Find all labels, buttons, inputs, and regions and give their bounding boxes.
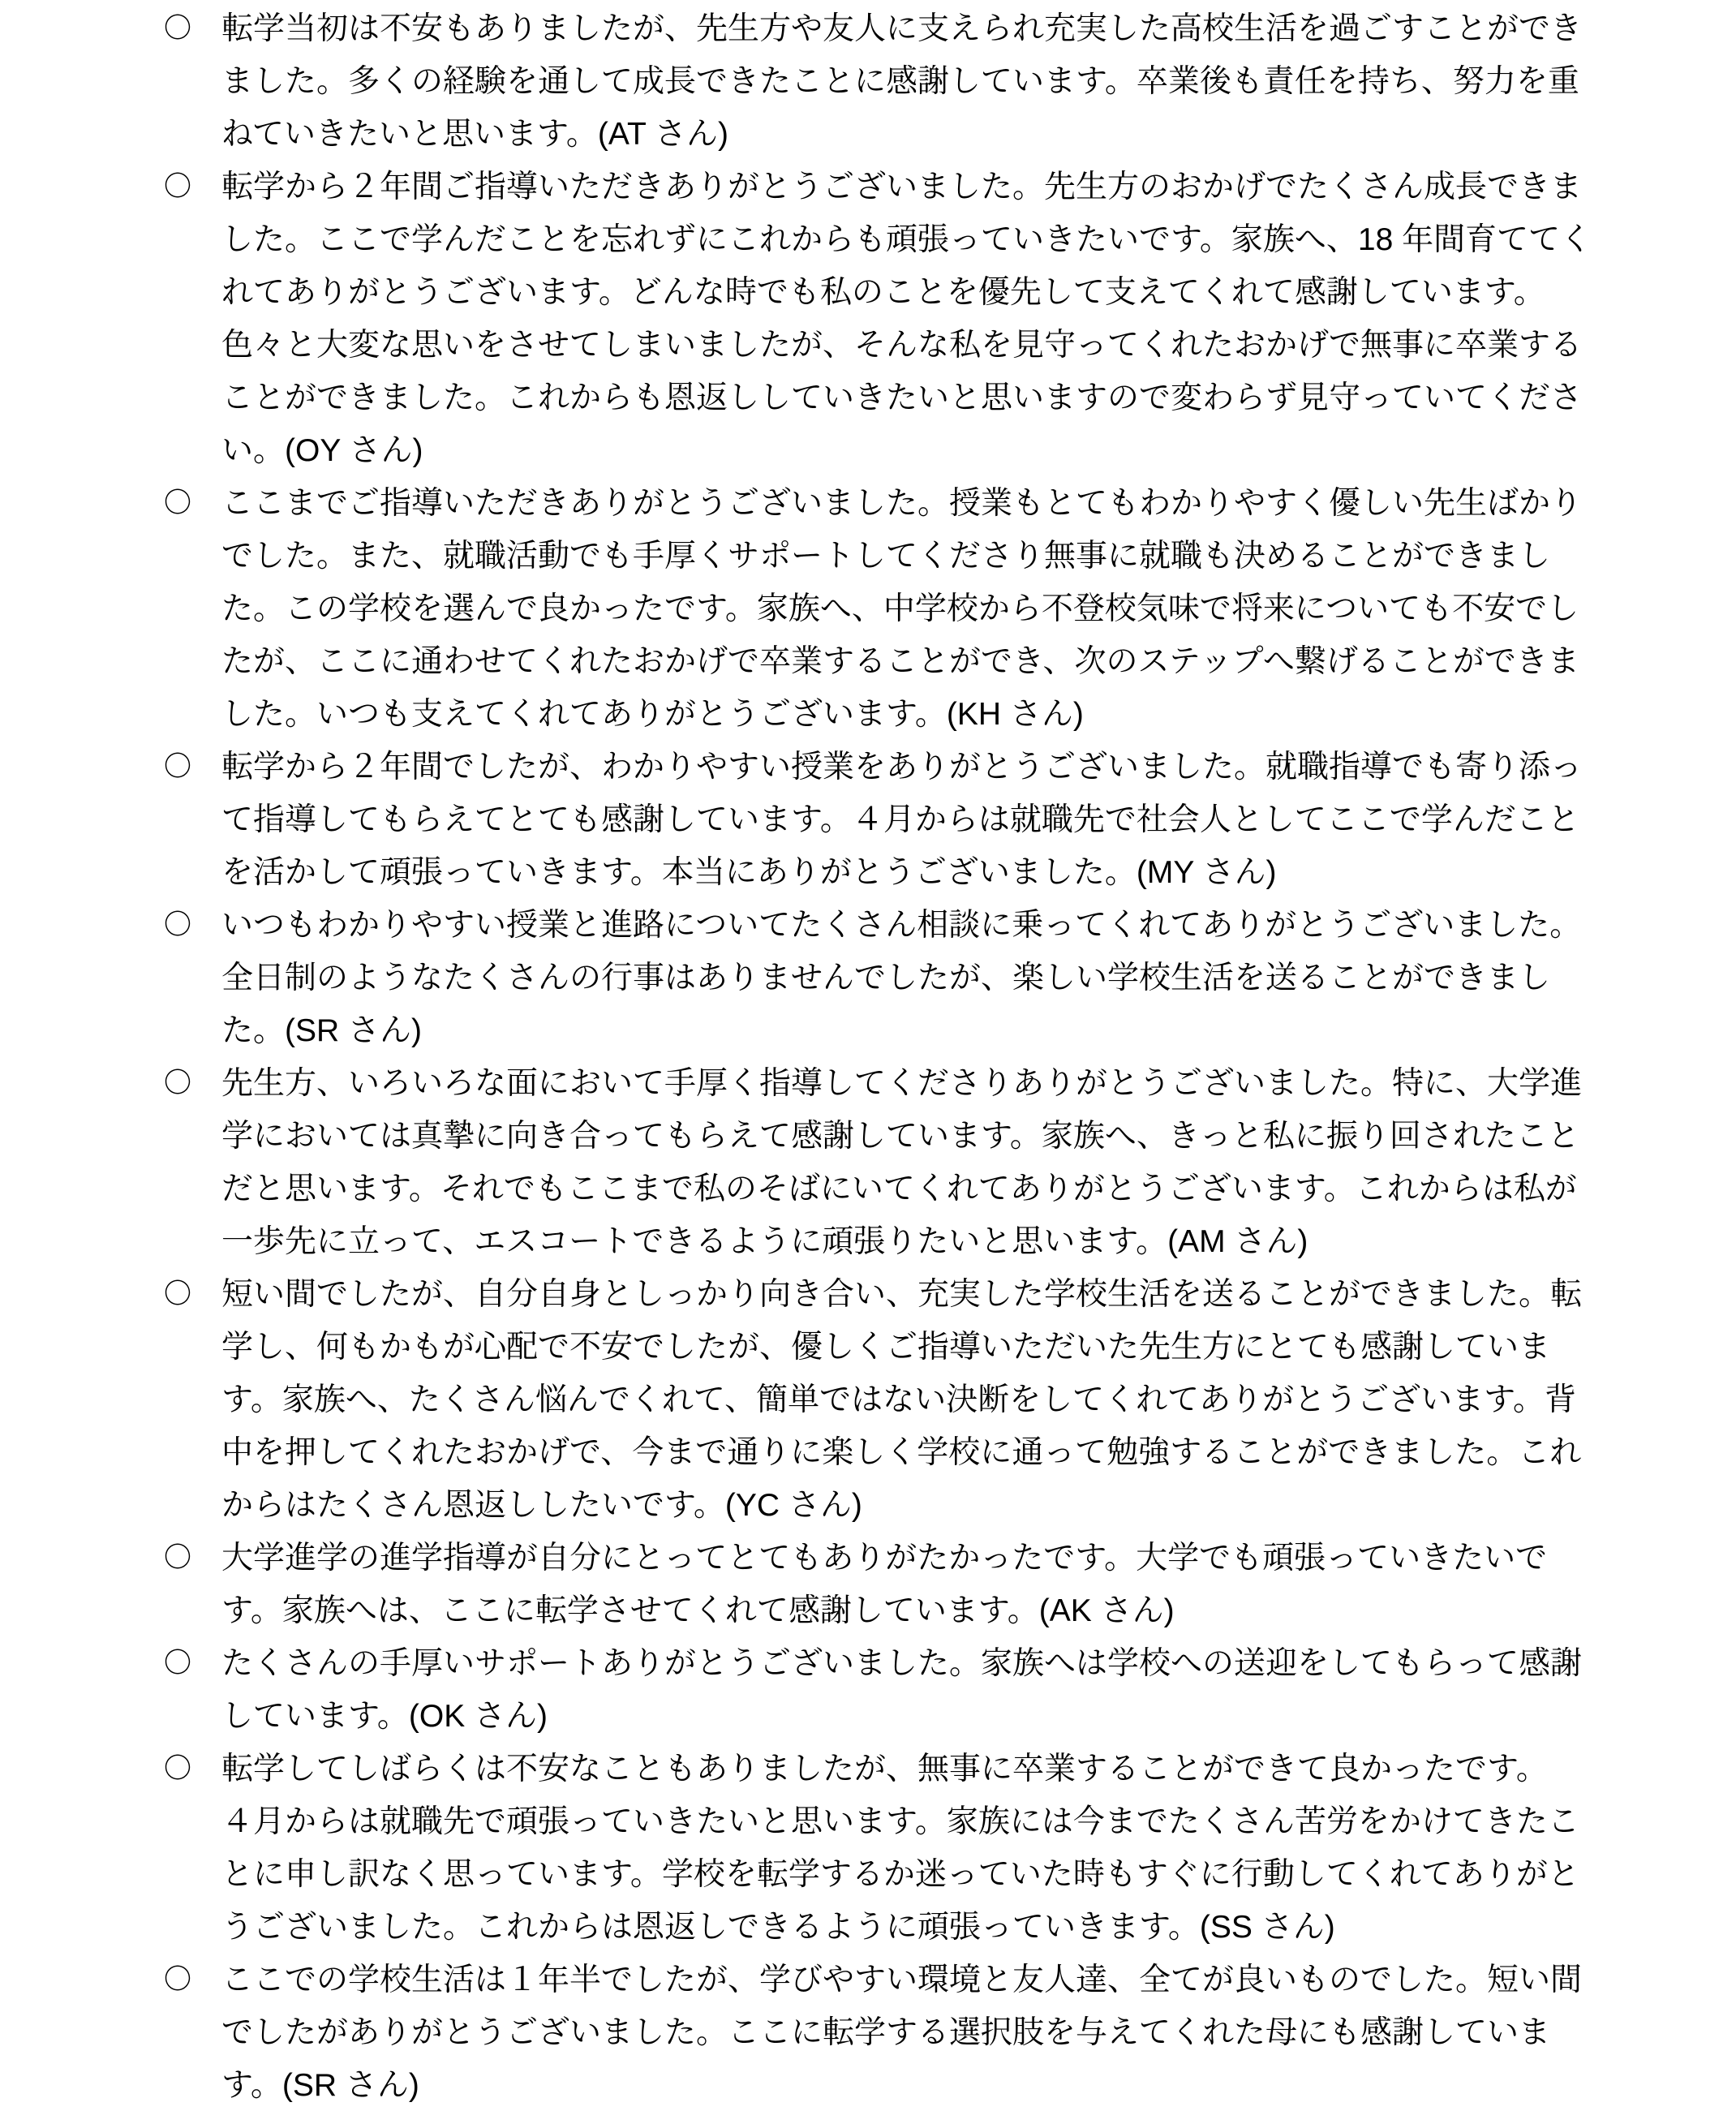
testimonial-item: 〇たくさんの手厚いサポートありがとうございました。家族へは学校への送迎をしてもら… [164, 1637, 1736, 1743]
bullet-circle-marker: 〇 [164, 1268, 221, 1321]
text-line: 学においては真摯に向き合ってもらえて感謝しています。家族へ、きっと私に振り回され… [221, 1110, 1592, 1163]
bullet-circle-marker: 〇 [164, 741, 221, 793]
text-line: した。ここで学んだことを忘れずにこれからも頑張っていきたいです。家族へ、18 年… [221, 213, 1592, 266]
testimonial-item: 〇転学してしばらくは不安なこともありましたが、無事に卒業することができて良かった… [164, 1743, 1736, 1954]
document-page: { "page": { "background": "#ffffff", "te… [0, 0, 1736, 2111]
testimonial-list: 〇転学当初は不安もありましたが、先生方や友人に支えられ充実した高校生活を過ごすこ… [0, 0, 1736, 2111]
text-line: 転学してしばらくは不安なこともありましたが、無事に卒業することができて良かったで… [221, 1743, 1592, 1795]
text-line: ことができました。これからも恩返ししていきたいと思いますので変わらず見守っていて… [221, 372, 1592, 424]
text-line: とに申し訳なく思っています。学校を転学するか迷っていた時もすぐに行動してくれてあ… [221, 1848, 1592, 1901]
text-line: す。家族へ、たくさん悩んでくれて、簡単ではない決断をしてくれてありがとうございま… [221, 1374, 1592, 1426]
text-line: 短い間でしたが、自分自身としっかり向き合い、充実した学校生活を送ることができまし… [221, 1268, 1592, 1321]
testimonial-item: 〇転学から２年間でしたが、わかりやすい授業をありがとうございました。就職指導でも… [164, 741, 1736, 899]
testimonial-text: ここまでご指導いただきありがとうございました。授業もとてもわかりやすく優しい先生… [221, 477, 1592, 741]
text-line: す。家族へは、ここに転学させてくれて感謝しています。(AK さん) [221, 1584, 1592, 1637]
text-line: いつもわかりやすい授業と進路についてたくさん相談に乗ってくれてありがとうございま… [221, 899, 1592, 952]
testimonial-text: 先生方、いろいろな面において手厚く指導してくださりありがとうございました。特に、… [221, 1057, 1592, 1268]
testimonial-text: 転学から２年間でしたが、わかりやすい授業をありがとうございました。就職指導でも寄… [221, 741, 1592, 899]
text-line: ここでの学校生活は１年半でしたが、学びやすい環境と友人達、全てが良いものでした。… [221, 1954, 1592, 2006]
text-line: ねていきたいと思います。(AT さん) [221, 108, 1592, 161]
text-line: ました。多くの経験を通して成長できたことに感謝しています。卒業後も責任を持ち、努… [221, 55, 1592, 108]
text-line: 転学から２年間でしたが、わかりやすい授業をありがとうございました。就職指導でも寄… [221, 741, 1592, 793]
text-line: 転学当初は不安もありましたが、先生方や友人に支えられ充実した高校生活を過ごすこと… [221, 2, 1592, 55]
bullet-circle-marker: 〇 [164, 1743, 221, 1795]
testimonial-item: 〇転学から２年間ご指導いただきありがとうございました。先生方のおかげでたくさん成… [164, 161, 1736, 477]
text-line: でしたがありがとうございました。ここに転学する選択肢を与えてくれた母にも感謝して… [221, 2006, 1592, 2059]
text-line: 大学進学の進学指導が自分にとってとてもありがたかったです。大学でも頑張っていきた… [221, 1532, 1592, 1584]
testimonial-item: 〇いつもわかりやすい授業と進路についてたくさん相談に乗ってくれてありがとうござい… [164, 899, 1736, 1057]
testimonial-text: 転学から２年間ご指導いただきありがとうございました。先生方のおかげでたくさん成長… [221, 161, 1592, 477]
testimonial-item: 〇ここまでご指導いただきありがとうございました。授業もとてもわかりやすく優しい先… [164, 477, 1736, 741]
testimonial-text: 短い間でしたが、自分自身としっかり向き合い、充実した学校生活を送ることができまし… [221, 1268, 1592, 1532]
text-line: しています。(OK さん) [221, 1690, 1592, 1743]
text-line: たくさんの手厚いサポートありがとうございました。家族へは学校への送迎をしてもらっ… [221, 1637, 1592, 1690]
text-line: たが、ここに通わせてくれたおかげで卒業することができ、次のステップへ繋げることが… [221, 635, 1592, 688]
testimonial-text: たくさんの手厚いサポートありがとうございました。家族へは学校への送迎をしてもらっ… [221, 1637, 1592, 1743]
text-line: からはたくさん恩返ししたいです。(YC さん) [221, 1479, 1592, 1532]
testimonial-text: いつもわかりやすい授業と進路についてたくさん相談に乗ってくれてありがとうございま… [221, 899, 1592, 1057]
text-line: す。(SR さん) [221, 2059, 1592, 2111]
text-line: れてありがとうございます。どんな時でも私のことを優先して支えてくれて感謝していま… [221, 266, 1592, 319]
testimonial-text: 転学当初は不安もありましたが、先生方や友人に支えられ充実した高校生活を過ごすこと… [221, 2, 1592, 161]
bullet-circle-marker: 〇 [164, 899, 221, 952]
bullet-circle-marker: 〇 [164, 1954, 221, 2006]
text-line: 先生方、いろいろな面において手厚く指導してくださりありがとうございました。特に、… [221, 1057, 1592, 1110]
text-line: ４月からは就職先で頑張っていきたいと思います。家族には今までたくさん苦労をかけて… [221, 1795, 1592, 1848]
testimonial-text: 転学してしばらくは不安なこともありましたが、無事に卒業することができて良かったで… [221, 1743, 1592, 1954]
bullet-circle-marker: 〇 [164, 1637, 221, 1690]
text-line: い。(OY さん) [221, 424, 1592, 477]
text-line: 中を押してくれたおかげで、今まで通りに楽しく学校に通って勉強することができました… [221, 1426, 1592, 1479]
text-line: 転学から２年間ご指導いただきありがとうございました。先生方のおかげでたくさん成長… [221, 161, 1592, 213]
text-line: 学し、何もかもが心配で不安でしたが、優しくご指導いただいた先生方にとても感謝して… [221, 1321, 1592, 1374]
testimonial-item: 〇大学進学の進学指導が自分にとってとてもありがたかったです。大学でも頑張っていき… [164, 1532, 1736, 1637]
text-line: ここまでご指導いただきありがとうございました。授業もとてもわかりやすく優しい先生… [221, 477, 1592, 530]
text-line: でした。また、就職活動でも手厚くサポートしてくださり無事に就職も決めることができ… [221, 530, 1592, 583]
bullet-circle-marker: 〇 [164, 477, 221, 530]
testimonial-text: 大学進学の進学指導が自分にとってとてもありがたかったです。大学でも頑張っていきた… [221, 1532, 1592, 1637]
bullet-circle-marker: 〇 [164, 161, 221, 213]
text-line: た。この学校を選んで良かったです。家族へ、中学校から不登校気味で将来についても不… [221, 583, 1592, 635]
text-line: た。(SR さん) [221, 1004, 1592, 1057]
text-line: した。いつも支えてくれてありがとうございます。(KH さん) [221, 688, 1592, 741]
text-line: て指導してもらえてとても感謝しています。４月からは就職先で社会人としてここで学ん… [221, 793, 1592, 846]
testimonial-item: 〇先生方、いろいろな面において手厚く指導してくださりありがとうございました。特に… [164, 1057, 1736, 1268]
text-line: 一歩先に立って、エスコートできるように頑張りたいと思います。(AM さん) [221, 1215, 1592, 1268]
testimonial-item: 〇転学当初は不安もありましたが、先生方や友人に支えられ充実した高校生活を過ごすこ… [164, 2, 1736, 161]
testimonial-text: ここでの学校生活は１年半でしたが、学びやすい環境と友人達、全てが良いものでした。… [221, 1954, 1592, 2111]
text-line: だと思います。それでもここまで私のそばにいてくれてありがとうございます。これから… [221, 1163, 1592, 1215]
text-line: うございました。これからは恩返しできるように頑張っていきます。(SS さん) [221, 1901, 1592, 1954]
testimonial-item: 〇短い間でしたが、自分自身としっかり向き合い、充実した学校生活を送ることができま… [164, 1268, 1736, 1532]
text-line: 全日制のようなたくさんの行事はありませんでしたが、楽しい学校生活を送ることができ… [221, 952, 1592, 1004]
testimonial-item: 〇ここでの学校生活は１年半でしたが、学びやすい環境と友人達、全てが良いものでした… [164, 1954, 1736, 2111]
text-line: を活かして頑張っていきます。本当にありがとうございました。(MY さん) [221, 846, 1592, 899]
bullet-circle-marker: 〇 [164, 1532, 221, 1584]
text-line: 色々と大変な思いをさせてしまいましたが、そんな私を見守ってくれたおかげで無事に卒… [221, 319, 1592, 372]
bullet-circle-marker: 〇 [164, 1057, 221, 1110]
bullet-circle-marker: 〇 [164, 2, 221, 55]
